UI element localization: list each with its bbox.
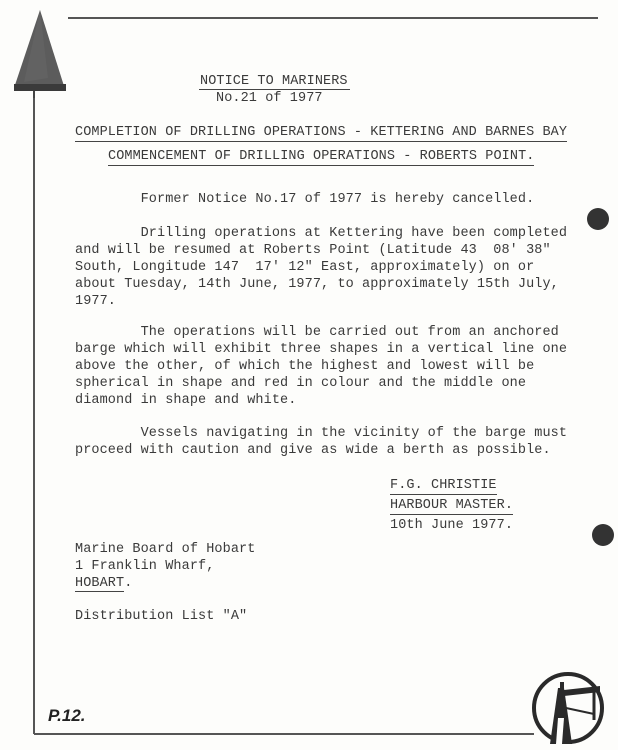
address-city: HOBART <box>75 576 124 592</box>
text-line: The operations will be carried out from … <box>75 324 567 341</box>
text-line: above the other, of which the highest an… <box>75 358 567 375</box>
subject-commencement: COMMENCEMENT OF DRILLING OPERATIONS - RO… <box>108 148 534 166</box>
lighthouse-seal-icon <box>528 668 610 750</box>
address-city-suffix: . <box>124 576 132 591</box>
text-line: and will be resumed at Roberts Point (La… <box>75 242 567 259</box>
signature-date: 10th June 1977. <box>390 517 513 534</box>
paragraph-cancellation: Former Notice No.17 of 1977 is hereby ca… <box>75 191 534 208</box>
page-number: P.12. <box>48 706 86 726</box>
text-line: Former Notice No.17 of 1977 is hereby ca… <box>75 191 534 208</box>
paragraph-caution: Vessels navigating in the vicinity of th… <box>75 425 567 459</box>
punch-hole-icon <box>587 208 609 230</box>
text-line: South, Longitude 147 17' 12" East, appro… <box>75 259 567 276</box>
text-line: 1977. <box>75 293 567 310</box>
sail-logo-icon <box>8 8 70 98</box>
distribution-list: Distribution List "A" <box>75 608 247 625</box>
paragraph-drilling: Drilling operations at Kettering have be… <box>75 225 567 310</box>
text-line: Vessels navigating in the vicinity of th… <box>75 425 567 442</box>
address-line2: 1 Franklin Wharf, <box>75 558 255 575</box>
page-border-bottom <box>34 733 534 735</box>
text-line: proceed with caution and give as wide a … <box>75 442 567 459</box>
address-block: Marine Board of Hobart 1 Franklin Wharf,… <box>75 541 255 592</box>
text-line: Drilling operations at Kettering have be… <box>75 225 567 242</box>
page-border-top <box>68 17 598 19</box>
signatory-title: HARBOUR MASTER. <box>390 497 513 515</box>
notice-number: No.21 of 1977 <box>216 90 323 107</box>
signature-block: F.G. CHRISTIE HARBOUR MASTER. 10th June … <box>390 475 513 534</box>
text-line: diamond in shape and white. <box>75 392 567 409</box>
text-line: spherical in shape and red in colour and… <box>75 375 567 392</box>
signatory-name: F.G. CHRISTIE <box>390 477 497 495</box>
paragraph-shapes: The operations will be carried out from … <box>75 324 567 409</box>
text-line: about Tuesday, 14th June, 1977, to appro… <box>75 276 567 293</box>
page-border-left <box>33 90 35 734</box>
subject-completion: COMPLETION OF DRILLING OPERATIONS - KETT… <box>75 124 567 142</box>
punch-hole-icon <box>592 524 614 546</box>
text-line: barge which will exhibit three shapes in… <box>75 341 567 358</box>
address-line1: Marine Board of Hobart <box>75 541 255 558</box>
notice-title: NOTICE TO MARINERS <box>200 73 348 90</box>
